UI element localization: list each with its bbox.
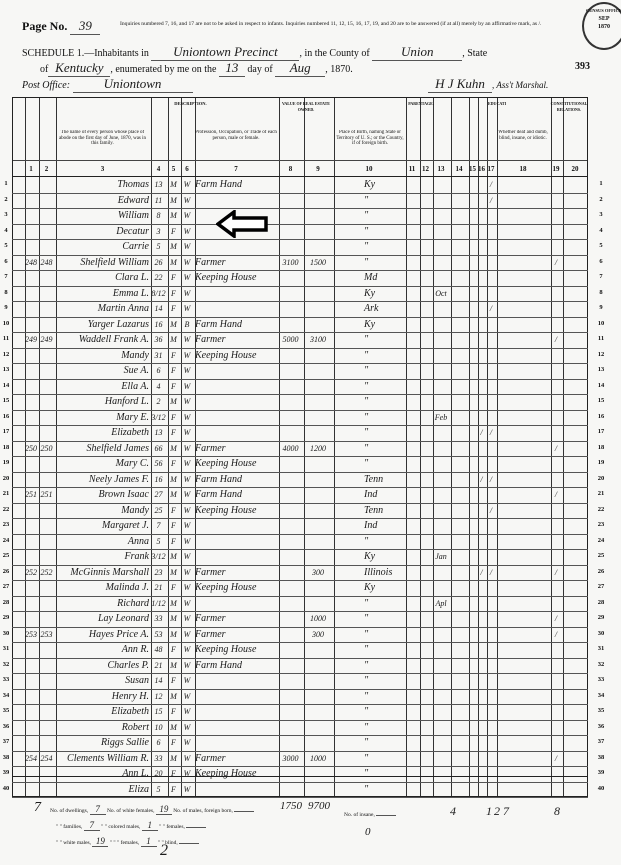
row-number-left: 29 — [0, 614, 12, 621]
age: 15 — [151, 704, 166, 720]
cannot-write: / — [487, 425, 495, 441]
color: W — [181, 394, 193, 410]
col17-total: 2 — [494, 804, 500, 819]
age: 36 — [151, 332, 166, 348]
personal-estate-value: 300 — [304, 565, 332, 581]
row-number-right: 27 — [590, 583, 612, 590]
real-estate-total: 1750 — [280, 800, 302, 812]
person-name: Mary C. — [56, 456, 151, 472]
sex: M — [168, 549, 179, 565]
birthplace: " — [334, 394, 434, 410]
person-name: Elizabeth — [56, 425, 151, 441]
day-of-label: day of — [247, 64, 272, 75]
age: 27 — [151, 487, 166, 503]
age: 1/12 — [151, 596, 166, 612]
birthplace: " — [334, 224, 434, 240]
no-white-females-label: No. of white females, — [107, 808, 155, 814]
footer-line1: No. of dwellings, 7 No. of white females… — [50, 804, 254, 815]
person-name: Hayes Price A. — [56, 627, 151, 643]
marshal-line: H J Kuhn, Ass't Marshal. — [428, 76, 548, 93]
schedule-line: SCHEDULE 1.—Inhabitants in Uniontown Pre… — [22, 44, 487, 61]
row-number-left: 27 — [0, 583, 12, 590]
birthplace: Illinois — [334, 565, 434, 581]
row-number-left: 17 — [0, 428, 12, 435]
color: W — [181, 363, 193, 379]
color: W — [181, 782, 193, 798]
row-number-right: 28 — [590, 599, 612, 606]
sex: M — [168, 611, 179, 627]
birthplace: " — [334, 735, 434, 751]
row-number-left: 39 — [0, 769, 12, 776]
post-office: Uniontown — [73, 76, 193, 93]
person-name: Charles P. — [56, 658, 151, 674]
personal-estate-value: 1000 — [304, 751, 332, 767]
arrow-left-icon — [216, 210, 268, 238]
color: W — [181, 658, 193, 674]
stamp-number: 393 — [575, 61, 590, 72]
colored-males: 1 — [142, 820, 158, 831]
color: W — [181, 332, 193, 348]
sex: M — [168, 720, 179, 736]
dwelling-number: 251 — [25, 487, 37, 503]
cannot-write: / — [487, 301, 495, 317]
birthplace: " — [334, 611, 434, 627]
birthplace: " — [334, 720, 434, 736]
sex: F — [168, 301, 179, 317]
instructions: Inquiries numbered 7, 16, and 17 are not… — [120, 20, 580, 28]
color: W — [181, 720, 193, 736]
no-males-foreign — [234, 811, 254, 812]
person-name: Eliza — [56, 782, 151, 798]
birthplace: Ky — [334, 286, 434, 302]
sex: F — [168, 503, 179, 519]
row-number-left: 33 — [0, 676, 12, 683]
male-citizen: / — [551, 751, 561, 767]
color: W — [181, 487, 193, 503]
family-number: 251 — [39, 487, 54, 503]
occupation: Keeping House — [195, 642, 277, 658]
sex: M — [168, 472, 179, 488]
no-dwellings: 7 — [90, 804, 106, 815]
occupation: Farmer — [195, 611, 277, 627]
birthplace: " — [334, 193, 434, 209]
row-number-right: 26 — [590, 568, 612, 575]
row-number-right: 11 — [590, 335, 612, 342]
row-number-left: 22 — [0, 506, 12, 513]
sex: F — [168, 642, 179, 658]
color: W — [181, 177, 193, 193]
row-number-left: 7 — [0, 273, 12, 280]
family-number: 250 — [39, 441, 54, 457]
sex: M — [168, 332, 179, 348]
row-number-left: 32 — [0, 661, 12, 668]
footer-line2: " " families, 7 " " colored males, 1 " "… — [56, 820, 206, 831]
age: 12 — [151, 689, 166, 705]
age: 6 — [151, 363, 166, 379]
person-name: Martin Anna — [56, 301, 151, 317]
occupation: Keeping House — [195, 580, 277, 596]
colored-females-label: " " " females, — [110, 840, 139, 846]
birthplace: " — [334, 363, 434, 379]
age: 21 — [151, 658, 166, 674]
person-name: Mandy — [56, 503, 151, 519]
col-number-11: 11 — [405, 165, 419, 173]
age: 33 — [151, 751, 166, 767]
person-name: Susan — [56, 673, 151, 689]
no-insane-line: No. of insane, — [344, 812, 396, 818]
person-name: Margaret J. — [56, 518, 151, 534]
state: Kentucky — [48, 60, 110, 77]
person-name: Ann R. — [56, 642, 151, 658]
sex: F — [168, 286, 179, 302]
row-number-left: 11 — [0, 335, 12, 342]
row-number-right: 15 — [590, 397, 612, 404]
age: 5 — [151, 534, 166, 550]
district: Uniontown Precinct — [151, 44, 299, 61]
col-number-6: 6 — [180, 165, 194, 173]
col-number-8: 8 — [278, 165, 303, 173]
census-page: Page No. 39 Inquiries numbered 7, 16, an… — [0, 0, 621, 865]
row-number-left: 34 — [0, 692, 12, 699]
cannot-write: / — [487, 177, 495, 193]
color: W — [181, 766, 193, 782]
birthplace: Tenn — [334, 503, 434, 519]
county: Union — [372, 44, 462, 61]
cannot-read: / — [478, 472, 485, 488]
color: W — [181, 735, 193, 751]
person-name: Malinda J. — [56, 580, 151, 596]
no-dwellings-label: No. of dwellings, — [50, 808, 88, 814]
color: W — [181, 270, 193, 286]
color: W — [181, 518, 193, 534]
sex: M — [168, 208, 179, 224]
group-header-description: DESCRIPTION. — [168, 101, 213, 107]
family-number: 249 — [39, 332, 54, 348]
age: 66 — [151, 441, 166, 457]
blind — [179, 843, 199, 844]
color: W — [181, 425, 193, 441]
row-number-right: 3 — [590, 211, 612, 218]
dwelling-number: 252 — [25, 565, 37, 581]
families: 7 — [84, 820, 100, 831]
col-number-13: 13 — [432, 165, 450, 173]
col19-total: 8 — [554, 804, 560, 819]
birthplace: " — [334, 642, 434, 658]
row-number-left: 18 — [0, 444, 12, 451]
stamp-line1: CENSUS OFFICE — [584, 7, 621, 15]
occupation: Keeping House — [195, 766, 277, 782]
birthplace: " — [334, 425, 434, 441]
occupation: Keeping House — [195, 456, 277, 472]
occupation: Farm Hand — [195, 472, 277, 488]
color: W — [181, 410, 193, 426]
age: 23 — [151, 565, 166, 581]
row-number-right: 39 — [590, 769, 612, 776]
sex: F — [168, 456, 179, 472]
occupation: Farmer — [195, 255, 277, 271]
row-number-left: 31 — [0, 645, 12, 652]
dwelling-number: 248 — [25, 255, 37, 271]
post-office-label: Post Office: — [22, 80, 70, 91]
person-name: Hanford L. — [56, 394, 151, 410]
cannot-write: / — [487, 565, 495, 581]
col-3-header: The name of every person whose place of … — [55, 130, 150, 147]
age: 3/12 — [151, 549, 166, 565]
col-number-17: 17 — [486, 165, 496, 173]
age: 13 — [151, 425, 166, 441]
color: W — [181, 208, 193, 224]
age: 8 — [151, 208, 166, 224]
person-name: Shelfield James — [56, 441, 151, 457]
personal-estate-value: 300 — [304, 627, 332, 643]
row-number-right: 31 — [590, 645, 612, 652]
male-citizen: / — [551, 565, 561, 581]
sex: F — [168, 766, 179, 782]
person-name: Riggs Sallie — [56, 735, 151, 751]
col-number-4: 4 — [150, 165, 167, 173]
real-estate-value: 5000 — [279, 332, 302, 348]
age: 21 — [151, 580, 166, 596]
color: W — [181, 472, 193, 488]
row-number-right: 25 — [590, 552, 612, 559]
row-number-left: 14 — [0, 382, 12, 389]
male-citizen: / — [551, 487, 561, 503]
row-number-left: 28 — [0, 599, 12, 606]
col-number-1: 1 — [24, 165, 38, 173]
sex: F — [168, 735, 179, 751]
color: W — [181, 611, 193, 627]
row-number-right: 4 — [590, 227, 612, 234]
person-name: Clements William R. — [56, 751, 151, 767]
sex: F — [168, 518, 179, 534]
col-10-header: Place of Birth, naming State or Territor… — [335, 130, 405, 147]
birth-month: Apl — [433, 596, 449, 612]
birthplace: Ky — [334, 549, 434, 565]
sex: F — [168, 580, 179, 596]
row-number-right: 23 — [590, 521, 612, 528]
person-name: Robert — [56, 720, 151, 736]
color: W — [181, 348, 193, 364]
color: W — [181, 565, 193, 581]
row-number-left: 8 — [0, 289, 12, 296]
col-7-header: Profession, Occupation, or Trade of each… — [194, 130, 278, 141]
no-males-foreign-label: No. of males, foreign born, — [173, 808, 233, 814]
age: 8/12 — [151, 286, 166, 302]
col-number-2: 2 — [38, 165, 55, 173]
dwelling-number: 249 — [25, 332, 37, 348]
age: 16 — [151, 317, 166, 333]
birthplace: " — [334, 332, 434, 348]
age: 14 — [151, 673, 166, 689]
birthplace: " — [334, 689, 434, 705]
sex: M — [168, 177, 179, 193]
occupation: Keeping House — [195, 348, 277, 364]
row-number-left: 40 — [0, 785, 12, 792]
females-foreign-label: " " females, — [159, 824, 185, 830]
personal-estate-value: 1500 — [304, 255, 332, 271]
birthplace: " — [334, 627, 434, 643]
family-number: 252 — [39, 565, 54, 581]
row-number-right: 8 — [590, 289, 612, 296]
enumeration-line: ofKentucky, enumerated by me on the 13 d… — [40, 60, 353, 77]
row-number-left: 15 — [0, 397, 12, 404]
county-label: , in the County of — [299, 48, 369, 59]
marshal-name: H J Kuhn — [428, 76, 492, 93]
age: 3/12 — [151, 410, 166, 426]
age: 2 — [151, 394, 166, 410]
row-number-right: 16 — [590, 413, 612, 420]
row-number-right: 21 — [590, 490, 612, 497]
occupation: Farm Hand — [195, 487, 277, 503]
row-number-right: 32 — [590, 661, 612, 668]
sex: F — [168, 348, 179, 364]
row-number-right: 38 — [590, 754, 612, 761]
row-number-right: 5 — [590, 242, 612, 249]
person-name: Henry H. — [56, 689, 151, 705]
row-number-right: 37 — [590, 738, 612, 745]
birthplace: " — [334, 782, 434, 798]
page-number: 39 — [70, 18, 100, 35]
row-number-right: 9 — [590, 304, 612, 311]
occupation: Farmer — [195, 332, 277, 348]
row-number-left: 24 — [0, 537, 12, 544]
age: 53 — [151, 627, 166, 643]
color: B — [181, 317, 193, 333]
row-number-right: 7 — [590, 273, 612, 280]
male-citizen: / — [551, 255, 561, 271]
color: W — [181, 224, 193, 240]
sex: M — [168, 689, 179, 705]
person-name: Waddell Frank A. — [56, 332, 151, 348]
person-name: Ann L. — [56, 766, 151, 782]
footer-dwellings-total: 7 — [34, 800, 41, 816]
occupation: Keeping House — [195, 270, 277, 286]
age: 26 — [151, 255, 166, 271]
personal-estate-value: 3100 — [304, 332, 332, 348]
sex: F — [168, 425, 179, 441]
occupation: Farmer — [195, 751, 277, 767]
color: W — [181, 255, 193, 271]
group-header-education: EDUCATION. — [488, 101, 506, 107]
color: W — [181, 193, 193, 209]
dwelling-number: 253 — [25, 627, 37, 643]
birthplace: " — [334, 751, 434, 767]
col17b-total: 7 — [503, 804, 509, 819]
no-white-females: 19 — [156, 804, 172, 815]
occupation: Farmer — [195, 627, 277, 643]
age: 4 — [151, 379, 166, 395]
row-number-left: 5 — [0, 242, 12, 249]
birthplace: " — [334, 673, 434, 689]
page-label: Page No. — [22, 19, 67, 33]
col-number-18: 18 — [496, 165, 550, 173]
group-header-value: VALUE OF REAL ESTATE OWNED. — [280, 101, 332, 112]
occupation: Farmer — [195, 565, 277, 581]
cannot-write: / — [487, 193, 495, 209]
sex: F — [168, 782, 179, 798]
col13-total: 4 — [450, 804, 456, 819]
cannot-write: / — [487, 472, 495, 488]
birthplace: " — [334, 456, 434, 472]
page-mark: 2 — [160, 842, 168, 860]
personal-estate-value: 1200 — [304, 441, 332, 457]
family-number: 253 — [39, 627, 54, 643]
birthplace: " — [334, 596, 434, 612]
colored-females: 1 — [141, 836, 157, 847]
row-number-left: 36 — [0, 723, 12, 730]
birthplace: Md — [334, 270, 434, 286]
age: 6 — [151, 735, 166, 751]
age: 25 — [151, 503, 166, 519]
row-number-left: 21 — [0, 490, 12, 497]
row-number-left: 13 — [0, 366, 12, 373]
real-estate-value: 4000 — [279, 441, 302, 457]
schedule-label: SCHEDULE 1.—Inhabitants in — [22, 48, 149, 59]
age: 20 — [151, 766, 166, 782]
color: W — [181, 689, 193, 705]
occupation: Farm Hand — [195, 317, 277, 333]
birthplace: Ark — [334, 301, 434, 317]
cannot-write: / — [487, 503, 495, 519]
row-number-left: 9 — [0, 304, 12, 311]
birthplace: " — [334, 704, 434, 720]
row-number-right: 24 — [590, 537, 612, 544]
col-number-12: 12 — [419, 165, 432, 173]
birthplace: Ky — [334, 580, 434, 596]
age: 7 — [151, 518, 166, 534]
person-name: Brown Isaac — [56, 487, 151, 503]
col-number-5: 5 — [167, 165, 180, 173]
real-estate-value: 3000 — [279, 751, 302, 767]
row-number-left: 35 — [0, 707, 12, 714]
row-number-right: 10 — [590, 320, 612, 327]
row-number-left: 16 — [0, 413, 12, 420]
row-number-left: 10 — [0, 320, 12, 327]
male-citizen: / — [551, 332, 561, 348]
color: W — [181, 379, 193, 395]
occupation: Farm Hand — [195, 658, 277, 674]
person-name: Emma L. — [56, 286, 151, 302]
age: 16 — [151, 472, 166, 488]
row-number-right: 33 — [590, 676, 612, 683]
color: W — [181, 580, 193, 596]
personal-estate-total: 9700 — [308, 800, 330, 812]
sex: F — [168, 673, 179, 689]
col-number-7: 7 — [194, 165, 278, 173]
sex: M — [168, 658, 179, 674]
row-number-right: 29 — [590, 614, 612, 621]
cannot-read: / — [478, 425, 485, 441]
person-name: Lay Leonard — [56, 611, 151, 627]
row-number-right: 19 — [590, 459, 612, 466]
dwelling-number: 250 — [25, 441, 37, 457]
color: W — [181, 704, 193, 720]
color: W — [181, 239, 193, 255]
person-name: Shelfield William — [56, 255, 151, 271]
col-number-16: 16 — [477, 165, 486, 173]
row-number-right: 34 — [590, 692, 612, 699]
male-citizen: / — [551, 611, 561, 627]
row-number-left: 26 — [0, 568, 12, 575]
col-number-15: 15 — [468, 165, 477, 173]
person-name: Ella A. — [56, 379, 151, 395]
row-number-left: 19 — [0, 459, 12, 466]
day: 13 — [219, 60, 245, 77]
age: 3 — [151, 224, 166, 240]
birth-month: Feb — [433, 410, 449, 426]
year: , 1870. — [325, 64, 353, 75]
row-number-left: 3 — [0, 211, 12, 218]
